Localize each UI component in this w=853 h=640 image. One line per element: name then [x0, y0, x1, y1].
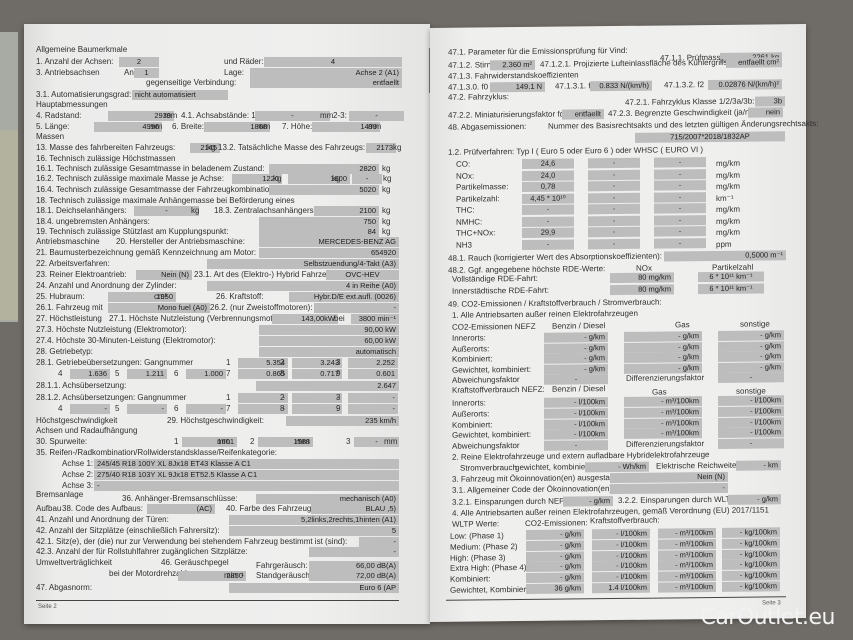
kv-row-label: Außerorts:	[452, 409, 489, 419]
field-label: 26. Kraftstoff:	[216, 292, 263, 302]
achsabstand-23: -	[349, 111, 404, 121]
emission-value-2: -	[588, 181, 640, 192]
emission-value-2: -	[588, 238, 640, 249]
emission-unit: mg/km	[716, 205, 740, 215]
gear-number: 8	[280, 369, 284, 379]
fdsc-value: entfaellt	[562, 109, 604, 119]
field-label: Abweichungsfaktor	[452, 375, 520, 386]
field-label: 27. Höchstleistung	[36, 314, 102, 324]
rauch-value: 0,5000 m⁻¹	[664, 250, 786, 261]
reichweite-value: - km	[736, 460, 781, 470]
spur-number: 3	[346, 437, 350, 447]
section-title: Höchstgeschwindigkeit	[36, 416, 117, 426]
m183-value: 2100	[314, 206, 379, 216]
field-label: 7. Höhe:	[282, 122, 312, 132]
field-label: 26.1. Fahrzeug mit	[36, 303, 103, 313]
abweichungsfaktor-value: -	[544, 374, 608, 385]
emission-value-1: 0,78	[522, 181, 574, 192]
field-label: kg	[207, 143, 215, 153]
field-label: cm³	[154, 292, 167, 302]
axle-ratio: -	[186, 404, 226, 414]
m42-value: 5	[229, 526, 399, 536]
co2-gas-value: - g/km	[624, 352, 702, 363]
raeder-value: 4	[264, 57, 402, 67]
wltp-row-label: Kombiniert:	[450, 575, 490, 585]
column-header: WLTP Werte:	[452, 519, 499, 529]
field-label: 21. Baumusterbezeichnung gemäß Kennzeich…	[36, 248, 256, 258]
column-header: Kraftstoffverbrauch:	[590, 516, 660, 527]
wltp-co2-value: - g/km	[526, 551, 584, 562]
field-label: 22. Arbeitsverfahren:	[36, 259, 110, 269]
field-label: 19. Technisch zulässige Stützlast am Kup…	[36, 227, 228, 237]
field-label: 18.4. ungebremsten Anhängers:	[36, 217, 150, 227]
emission-value-3: -	[654, 169, 706, 180]
emission-label: CO:	[456, 160, 470, 170]
field-label: 4.1. Achsabstände: 1-2:	[181, 111, 265, 121]
kv-gas-value: - m³/100km	[624, 418, 702, 429]
field-label: 38. Code des Aufbaus:	[62, 504, 143, 514]
field-label: 23.1. Art des (Elektro-) Hybrid Fahrzeug…	[194, 270, 342, 280]
m261-value: Mono fuel (A0)	[108, 303, 210, 313]
kv-row-label: Gewichtet, kombiniert:	[452, 430, 531, 441]
field-label: 13.2. Tatsächliche Masse des Fahrzeugs:	[218, 143, 365, 153]
wltp-m3-value: - m³/100km	[658, 550, 716, 561]
field-label: 30. Spurweite:	[36, 437, 87, 447]
f2-value: 0.02876 N/(km/h)²	[708, 79, 782, 90]
wltp-m3-value: - m³/100km	[658, 528, 716, 539]
kv-sonstige-value: - l/100km	[718, 406, 784, 417]
m20-value: MERCEDES-BENZ AG	[259, 237, 399, 247]
field-label: 42.3. Anzahl der für Rollstuhlfahrer zug…	[36, 547, 248, 557]
achsabstand-12: -	[255, 111, 330, 121]
gear-ratio: 3.243	[292, 358, 342, 368]
emission-value-1: -	[522, 204, 574, 215]
kv-sonstige-value: - l/100km	[718, 395, 784, 406]
field-label: 41. Anzahl und Anordnung der Türen:	[36, 515, 169, 525]
m23-value: Nein (N)	[136, 270, 192, 280]
m24-value: 4 in Reihe (A0)	[207, 281, 399, 291]
fahrzyklus-value: 3b	[755, 96, 785, 106]
column-header: CO2-Emissionen NEFZ	[452, 322, 536, 333]
wltp-row-label: Extra High: (Phase 4)	[450, 563, 526, 574]
field-label: 48.1. Rauch (korrigierter Wert des Absor…	[448, 252, 662, 264]
field-label: 3. Antriebsachsen	[36, 68, 100, 78]
gear-number: 7	[226, 404, 230, 414]
emission-label: Partikelzahl:	[456, 194, 500, 204]
field-label: Differenzierungsfaktor	[626, 439, 704, 450]
field-label: kg	[382, 164, 390, 174]
standgeraeusch-value: 72,00 dB(A)	[309, 571, 399, 581]
kuehlergrill-value: entfaellt cm²	[726, 57, 782, 68]
emission-value-3: -	[654, 238, 706, 249]
field-label: 13. Masse des fahrbereiten Fahrzeugs:	[36, 143, 175, 153]
wltp-l-value: - l/100km	[592, 572, 650, 583]
co2-sonstige-value: - g/km	[718, 330, 784, 341]
field-label: 46. Geräuschpegel	[161, 558, 229, 568]
wltp-row-label: Medium: (Phase 2)	[450, 542, 518, 553]
fahrgeraeusch-value: 66,00 dB(A)	[309, 561, 399, 571]
field-label: mm	[320, 111, 333, 121]
gear-number: 2	[280, 393, 284, 403]
emission-value-2: -	[588, 192, 640, 203]
field-label: 47.1.3.0. f0	[448, 82, 488, 92]
field-label: 42. Anzahl der Sitzplätze (einschließlic…	[36, 526, 220, 536]
column-header: Benzin / Diesel	[552, 384, 605, 395]
section-title: Massen	[36, 132, 64, 142]
field-label: 28.1.1. Achsübersetzung:	[36, 381, 126, 391]
co2-benzin-value: - g/km	[544, 343, 608, 354]
field-label: kg	[382, 206, 390, 216]
kv-gas-value: - m³/100km	[624, 407, 702, 418]
field-label: kg	[191, 206, 199, 216]
co2-gas-value: - g/km	[624, 342, 702, 353]
m181-value: -	[134, 206, 199, 216]
emission-label: THC+NOx:	[456, 228, 495, 238]
field-label: mm	[149, 122, 162, 132]
axle-ratio: -	[348, 393, 398, 403]
field-label: gegenseitige Verbindung:	[146, 78, 236, 88]
field-label: 16.1. Technisch zulässige Gesamtmasse in…	[36, 164, 264, 174]
co2-sonstige-value: - g/km	[718, 362, 784, 373]
field-label: 1. Anzahl der Achsen:	[36, 57, 113, 67]
kv-benzin-value: - l/100km	[544, 429, 608, 440]
field-label: gewichtet, kombiniert	[515, 462, 590, 473]
field-label: mm	[164, 111, 177, 121]
field-label: Innerstädtische RDE-Fahrt:	[452, 286, 549, 297]
m2811-value: 2.647	[256, 381, 399, 391]
m28-value: automatisch	[259, 347, 399, 357]
rde-full-nox: 80 mg/km	[610, 272, 674, 283]
field-label: 47.1.2.1. Projizierte Lufteinlassfläche …	[540, 58, 730, 70]
section-title: 16. Technisch zulässige Höchstmassen	[36, 154, 175, 164]
field-label: Vollständige RDE-Fahrt:	[452, 274, 538, 285]
field-label: 3.2.2. Einsparungen durch WLTP	[618, 495, 736, 506]
field-label: kg	[332, 174, 340, 184]
field-label: kg	[382, 217, 390, 227]
field-label: 27.3. Höchste Nutzleistung (Elektromotor…	[36, 325, 187, 335]
f1-value: 0.833 N/(km/h)	[590, 81, 652, 92]
emission-value-3: -	[654, 192, 706, 203]
kv-benzin-value: - l/100km	[544, 419, 608, 430]
gear-number: 5	[115, 404, 119, 414]
emission-value-3: -	[654, 226, 706, 237]
co2-gas-value: - g/km	[624, 331, 702, 342]
field-label: 47.2.3. Begrenzte Geschwindigkeit (ja/ne…	[608, 107, 765, 119]
emission-unit: mg/km	[716, 170, 740, 180]
emission-value-1: 29,9	[522, 227, 574, 238]
achse3-value: -	[94, 481, 399, 491]
co2-sonstige-value: - g/km	[718, 351, 784, 362]
masse13-value: 2145	[190, 143, 220, 153]
gear-number: 5	[115, 369, 119, 379]
field-label: 4. Radstand:	[36, 111, 81, 121]
field-label: Lage:	[224, 68, 244, 78]
field-label: 35. Reifen-/Radkombination/Rollwiderstan…	[36, 448, 277, 458]
axle-ratio: -	[348, 404, 398, 414]
differenzierungsfaktor-value: -	[718, 438, 784, 449]
gear-number: 4	[58, 369, 62, 379]
wltp-row-label: High: (Phase 3)	[450, 553, 506, 564]
field-label: 3.1. Automatisierungsgrad:	[36, 90, 131, 100]
verbindung-value: entfaellt	[250, 78, 402, 88]
stirnflaeche-value: 2.360 m²	[490, 60, 535, 70]
wltp-l-value: 1.4 l/100km	[592, 583, 650, 594]
gear-ratio: 1.000	[186, 369, 226, 379]
section-title: Allgemeine Baumerkmale	[36, 45, 127, 55]
co2-row-label: Kombiniert:	[452, 354, 492, 364]
kv-sonstige-value: - l/100km	[718, 417, 784, 428]
differenzierungsfaktor-value: -	[718, 372, 784, 383]
co2-benzin-value: - g/km	[544, 364, 608, 375]
m164-value: 5020	[269, 185, 379, 195]
wltp-co2-value: - g/km	[526, 529, 584, 540]
wltp-co2-value: - g/km	[526, 540, 584, 551]
einsparung-wltp-value: - g/km	[728, 494, 781, 505]
field-label: 3.1. Allgemeiner Code der Ökoinnovation(…	[452, 484, 614, 496]
emission-value-2: -	[588, 158, 640, 169]
field-label: 26.2. (nur Zweistoffmotoren):	[210, 303, 313, 313]
field-label: 48. Abgasemissionen:	[448, 122, 526, 133]
field-label: 1. Alle Antriebsarten außer reinen Elekt…	[452, 309, 638, 321]
kv-benzin-value: - l/100km	[544, 397, 608, 408]
achse2-value: 275/40 R18 103Y XL 9Jx18 ET52.5 Klasse A…	[94, 470, 399, 480]
gear-number: 3	[336, 393, 340, 403]
gear-number: 2	[280, 358, 284, 368]
m19-value: 84	[259, 227, 379, 237]
oekoinnovation-code-value: -	[610, 483, 728, 494]
field-label: 2-3:	[333, 111, 347, 121]
wltp-m3-value: - m³/100km	[658, 539, 716, 550]
gear-number: 7	[226, 369, 230, 379]
spur-number: 1	[174, 437, 178, 447]
rde-city-pz: 6 * 10¹¹ km⁻¹	[698, 283, 764, 294]
wltp-kg-value: - kg/100km	[722, 549, 780, 560]
field-label: kg	[393, 143, 401, 153]
field-label: Achse 2:	[62, 470, 93, 480]
column-header: CO2-Emissionen:	[525, 518, 588, 529]
field-label: 3.2.1. Einsparungen durch NEFZ	[452, 497, 569, 508]
co2-benzin-value: - g/km	[544, 332, 608, 343]
emission-unit: ppm	[716, 239, 732, 249]
section-title: 18. Technisch zulässige maximale Anhänge…	[36, 196, 295, 206]
emission-unit: mg/km	[716, 159, 740, 169]
section-title: Umweltverträglichkeit	[36, 558, 112, 568]
field-label: 23. Reiner Elektroantrieb:	[36, 270, 127, 280]
column-header: Gas	[675, 320, 690, 330]
emission-value-3: -	[654, 203, 706, 214]
achsen-value: 2	[119, 57, 159, 67]
field-label: 27.1. Höchste Nutzleistung (Verbrennungs…	[109, 314, 285, 324]
rde-city-nox: 80 mg/km	[610, 284, 674, 295]
m47-value: Euro 6 (AP	[229, 583, 399, 593]
wltp-kg-value: - kg/100km	[722, 581, 780, 592]
emission-unit: km⁻¹	[716, 193, 734, 203]
oekoinnovation-value: Nein (N)	[610, 472, 728, 483]
field-label: 28.1.2. Achsübersetzungen: Gangnummer	[36, 393, 186, 403]
rechtsakt-value: 715/2007*2018/1832AP	[635, 131, 785, 143]
emission-value-1: -	[522, 239, 574, 250]
wltp-co2-value: 36 g/km	[526, 583, 584, 594]
field-label: 28.1. Getriebeübersetzungen: Gangnummer	[36, 358, 193, 368]
gear-ratio: 0.717	[292, 369, 342, 379]
field-label: mm	[257, 122, 270, 132]
field-label: bei	[334, 314, 345, 324]
lage-value: Achse 2 (A1)	[250, 68, 402, 78]
kv-row-label: Kombiniert:	[452, 420, 492, 430]
emission-value-1: 24,6	[522, 158, 574, 169]
gear-number: 1	[226, 393, 230, 403]
footer-rule	[36, 600, 399, 601]
section-title: Antriebsmaschine	[36, 237, 100, 247]
m274-value: 60,00 kW	[259, 336, 399, 346]
achse1-value: 245/45 R18 100Y XL 8Jx18 ET43 Klasse A C…	[94, 459, 399, 469]
axle-ratio: -	[292, 404, 342, 414]
m36-value: mechanisch (A0)	[256, 494, 399, 504]
wltp-l-value: - l/100km	[592, 550, 650, 561]
spur-number: 2	[250, 437, 254, 447]
field-label: und Räder:	[224, 57, 264, 67]
emission-value-3: -	[654, 180, 706, 191]
field-label: 3. Fahrzeug mit Ökoinnovation(en) ausges…	[452, 473, 623, 485]
kv-gas-value: - m³/100km	[624, 429, 702, 440]
field-label: 40. Farbe des Fahrzeugs:	[226, 504, 318, 514]
emission-value-2: -	[588, 169, 640, 180]
field-label: kg	[383, 174, 391, 184]
m41-value: 5,2links,2rechts,1hinten (A1)	[229, 515, 399, 525]
wltp-co2-value: - g/km	[526, 573, 584, 584]
field-label: 16.2. Technisch zulässige maximale Masse…	[36, 174, 224, 184]
field-label: Abweichungsfaktor	[452, 441, 520, 452]
kv-row-label: Innerorts:	[452, 398, 486, 408]
field-label: 47.2.2. Miniaturisierungsfaktor fdsc:	[448, 109, 574, 120]
m21-value: 654920	[259, 248, 399, 258]
gear-number: 3	[336, 358, 340, 368]
field-label: 5. Länge:	[36, 122, 69, 132]
field-label: kg	[273, 174, 281, 184]
section-title: Aufbau	[36, 504, 61, 514]
field-label: 20. Hersteller der Antriebsmaschine:	[116, 237, 245, 247]
section-title: Achsen und Radaufhängung	[36, 426, 137, 436]
field-label: Differenzierungsfaktor	[626, 373, 704, 384]
field-label: 18.1. Deichselanhängers:	[36, 206, 127, 216]
wltp-l-value: - l/100km	[592, 539, 650, 550]
field-label: Elektrische Reichweite	[656, 461, 736, 472]
field-label: Nummer des Basisrechtsakts und des letzt…	[548, 119, 818, 132]
m423-value: -	[309, 547, 399, 557]
field-label: Achse 1:	[62, 459, 93, 469]
emission-label: NH3	[456, 240, 472, 250]
field-label: min⁻¹	[224, 571, 244, 581]
axle-ratio: -	[127, 404, 167, 414]
field-label: kg	[382, 227, 390, 237]
field-label: 42.1. Sitz(e), der (die) nur zur Verwend…	[36, 537, 347, 547]
m26-value: Hybr.D/E ext.aufl. (0026)	[289, 292, 399, 302]
emission-unit: mg/km	[716, 182, 740, 192]
wltp-kg-value: - kg/100km	[722, 560, 780, 571]
emission-unit: mg/km	[716, 216, 740, 226]
emission-value-1: 24,0	[522, 170, 574, 181]
co2-gas-value: - g/km	[624, 363, 702, 374]
co2-row-label: Außerorts:	[452, 344, 489, 354]
gear-ratio: 1.211	[127, 369, 167, 379]
emission-label: Partikelmasse:	[456, 182, 508, 193]
wltp-kg-value: - kg/100km	[722, 527, 780, 538]
wltp-row-label: Low: (Phase 1)	[450, 531, 504, 542]
m231-value: OVC-HEV	[326, 270, 399, 280]
field-label: 47.1.3.2. f2	[664, 80, 704, 90]
m161-value: 2820	[269, 164, 379, 174]
wltp-l-value: - l/100km	[592, 561, 650, 572]
field-label: 29. Höchstgeschwindigkeit:	[167, 416, 264, 426]
field-label: Standgeräusch:	[256, 571, 312, 581]
emission-label: NOx:	[456, 171, 474, 181]
field-label: 47.2.1. Fahrzyklus Klasse 1/2/3a/3b:	[625, 97, 754, 108]
field-label: 47.1.3. Fahrwiderstandskoeffizienten	[448, 70, 579, 81]
column-header: sonstige	[740, 319, 770, 329]
field-label: mm	[217, 437, 230, 447]
field-label: 47. Abgasnorm:	[36, 583, 92, 593]
m421-value: -	[359, 537, 399, 547]
emission-value-3: -	[654, 157, 706, 168]
background-booklet-cover	[0, 130, 18, 320]
axle-ratio: -	[70, 404, 110, 414]
m162-achse3: -	[352, 174, 382, 184]
emission-value-2: -	[588, 204, 640, 215]
field-label: 24. Anzahl und Anordnung der Zylinder:	[36, 281, 177, 291]
axle-ratio: -	[292, 393, 342, 403]
gear-number: 4	[58, 404, 62, 414]
gear-number: 9	[336, 404, 340, 414]
wltp-m3-value: - m³/100km	[658, 582, 716, 593]
einsparung-nefz-value: - g/km	[563, 496, 613, 507]
emission-value-2: -	[588, 215, 640, 226]
field-label: mm	[368, 122, 381, 132]
section-title: Bremsanlage	[36, 490, 83, 500]
field-label: 18.3. Zentralachsanhängers:	[214, 206, 316, 216]
field-label: 27.4. Höchste 30-Minuten-Leistung (Elekt…	[36, 336, 216, 346]
kv-benzin-value: - l/100km	[544, 408, 608, 419]
co2-sonstige-value: - g/km	[718, 341, 784, 352]
m40-value: BLAU ,5)	[311, 504, 399, 514]
emission-value-1: 4,45 * 10¹⁰	[522, 193, 574, 204]
gear-number: 1	[226, 358, 230, 368]
gear-number: 8	[280, 404, 284, 414]
gear-number: 6	[174, 404, 178, 414]
m273-value: 90,00 kW	[259, 325, 399, 335]
abweichungsfaktor-value: -	[544, 440, 608, 451]
m38-value: (AC)	[147, 504, 215, 514]
page-number: Seite 2	[38, 604, 57, 610]
m22-value: Selbstzuendung/4-Takt (A3)	[207, 259, 399, 269]
gear-ratio: 2.252	[348, 358, 398, 368]
gear-ratio: 0.601	[348, 369, 398, 379]
column-header: Kraftstoffverbrauch NEFZ:	[452, 385, 545, 396]
emission-label: THC:	[456, 206, 475, 216]
emission-value-2: -	[588, 227, 640, 238]
gear-ratio: 1.636	[70, 369, 110, 379]
co2-row-label: Gewichtet, kombiniert:	[452, 364, 531, 375]
footer-rule	[446, 596, 786, 601]
field-label: bei der Motordrehzahl	[109, 569, 187, 579]
emission-unit: mg/km	[716, 228, 740, 238]
section-title: Hauptabmessungen	[36, 100, 108, 110]
kv-sonstige-value: - l/100km	[718, 428, 784, 439]
field-label: 6. Breite:	[172, 122, 204, 132]
field-label: kg	[382, 185, 390, 195]
column-header: Benzin / Diesel	[552, 321, 605, 332]
document-page-left: Allgemeine Baumerkmale1. Anzahl der Achs…	[24, 24, 430, 624]
wltp-l-value: - l/100km	[592, 529, 650, 540]
